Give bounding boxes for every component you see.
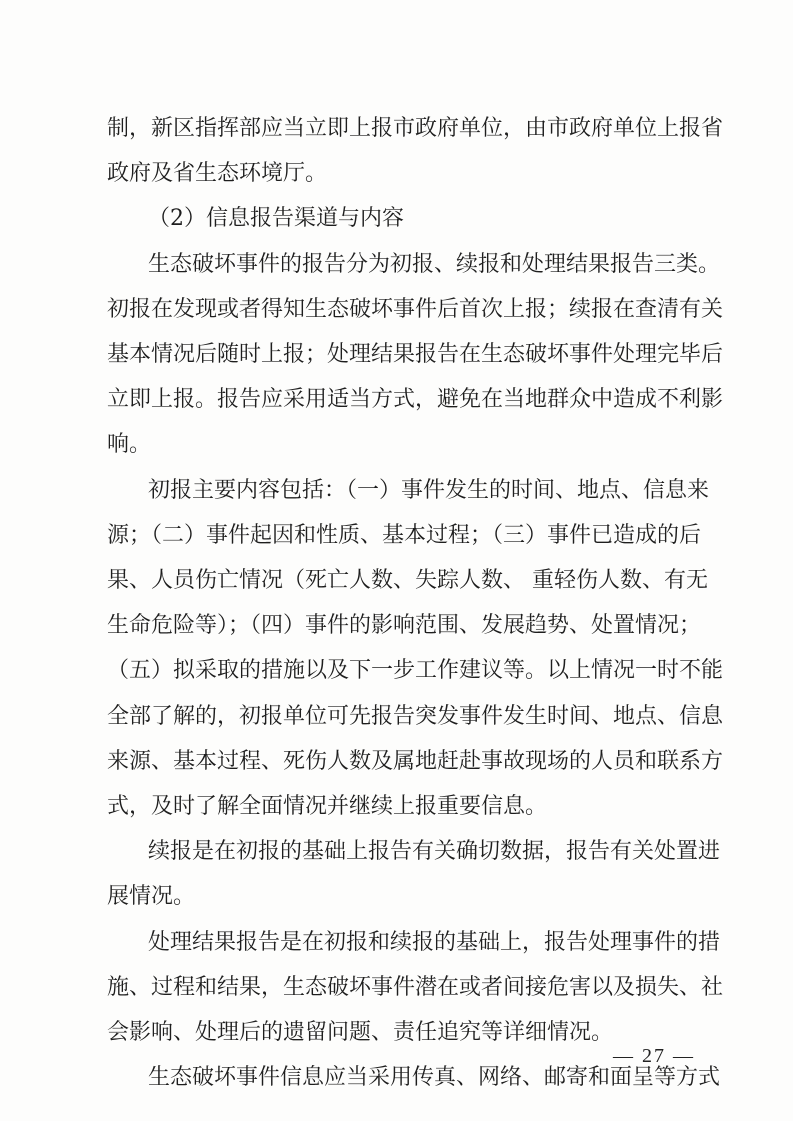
document-page: 制，新区指挥部应当立即上报市政府单位，由市政府单位上报省政府及省生态环境厅。（2… xyxy=(0,0,793,1121)
text-line: 续报是在初报的基础上报告有关确切数据，报告有关处置进 xyxy=(148,837,692,867)
page-number: — 27 — xyxy=(613,1044,695,1068)
text-line: 源；（二）事件起因和性质、基本过程；（三）事件已造成的后 xyxy=(107,521,692,551)
text-line: 来源、基本过程、死伤人数及属地赶赴事故现场的人员和联系方 xyxy=(107,747,692,777)
text-line: 政府及省生态环境厅。 xyxy=(107,159,692,189)
text-line: 立即上报。报告应采用适当方式，避免在当地群众中造成不利影 xyxy=(107,385,692,415)
text-line: 展情况。 xyxy=(107,882,692,912)
text-line: 生命危险等）；（四）事件的影响范围、发展趋势、处置情况； xyxy=(107,611,692,641)
text-line: 响。 xyxy=(107,430,692,460)
text-line: 制，新区指挥部应当立即上报市政府单位，由市政府单位上报省 xyxy=(107,114,692,144)
text-line: 处理结果报告是在初报和续报的基础上，报告处理事件的措 xyxy=(148,928,692,958)
text-line: 初报在发现或者得知生态破坏事件后首次上报；续报在查清有关 xyxy=(107,295,692,325)
text-line: 生态破坏事件信息应当采用传真、网络、邮寄和面呈等方式 xyxy=(148,1063,692,1093)
text-line: 生态破坏事件的报告分为初报、续报和处理结果报告三类。 xyxy=(148,250,692,280)
text-line: 初报主要内容包括：（一）事件发生的时间、地点、信息来 xyxy=(148,476,692,506)
text-line: （五）拟采取的措施以及下一步工作建议等。以上情况一时不能 xyxy=(107,656,692,686)
text-line: 式，及时了解全面情况并继续上报重要信息。 xyxy=(107,792,692,822)
text-line: 施、过程和结果，生态破坏事件潜在或者间接危害以及损失、社 xyxy=(107,973,692,1003)
text-line: 果、人员伤亡情况（死亡人数、失踪人数、 重轻伤人数、有无 xyxy=(107,566,692,596)
text-line: 全部了解的，初报单位可先报告突发事件发生时间、地点、信息 xyxy=(107,702,692,732)
text-line: 基本情况后随时上报；处理结果报告在生态破坏事件处理完毕后 xyxy=(107,340,692,370)
text-line: （2）信息报告渠道与内容 xyxy=(148,204,692,234)
text-line: 会影响、处理后的遗留问题、责任追究等详细情况。 xyxy=(107,1018,692,1048)
